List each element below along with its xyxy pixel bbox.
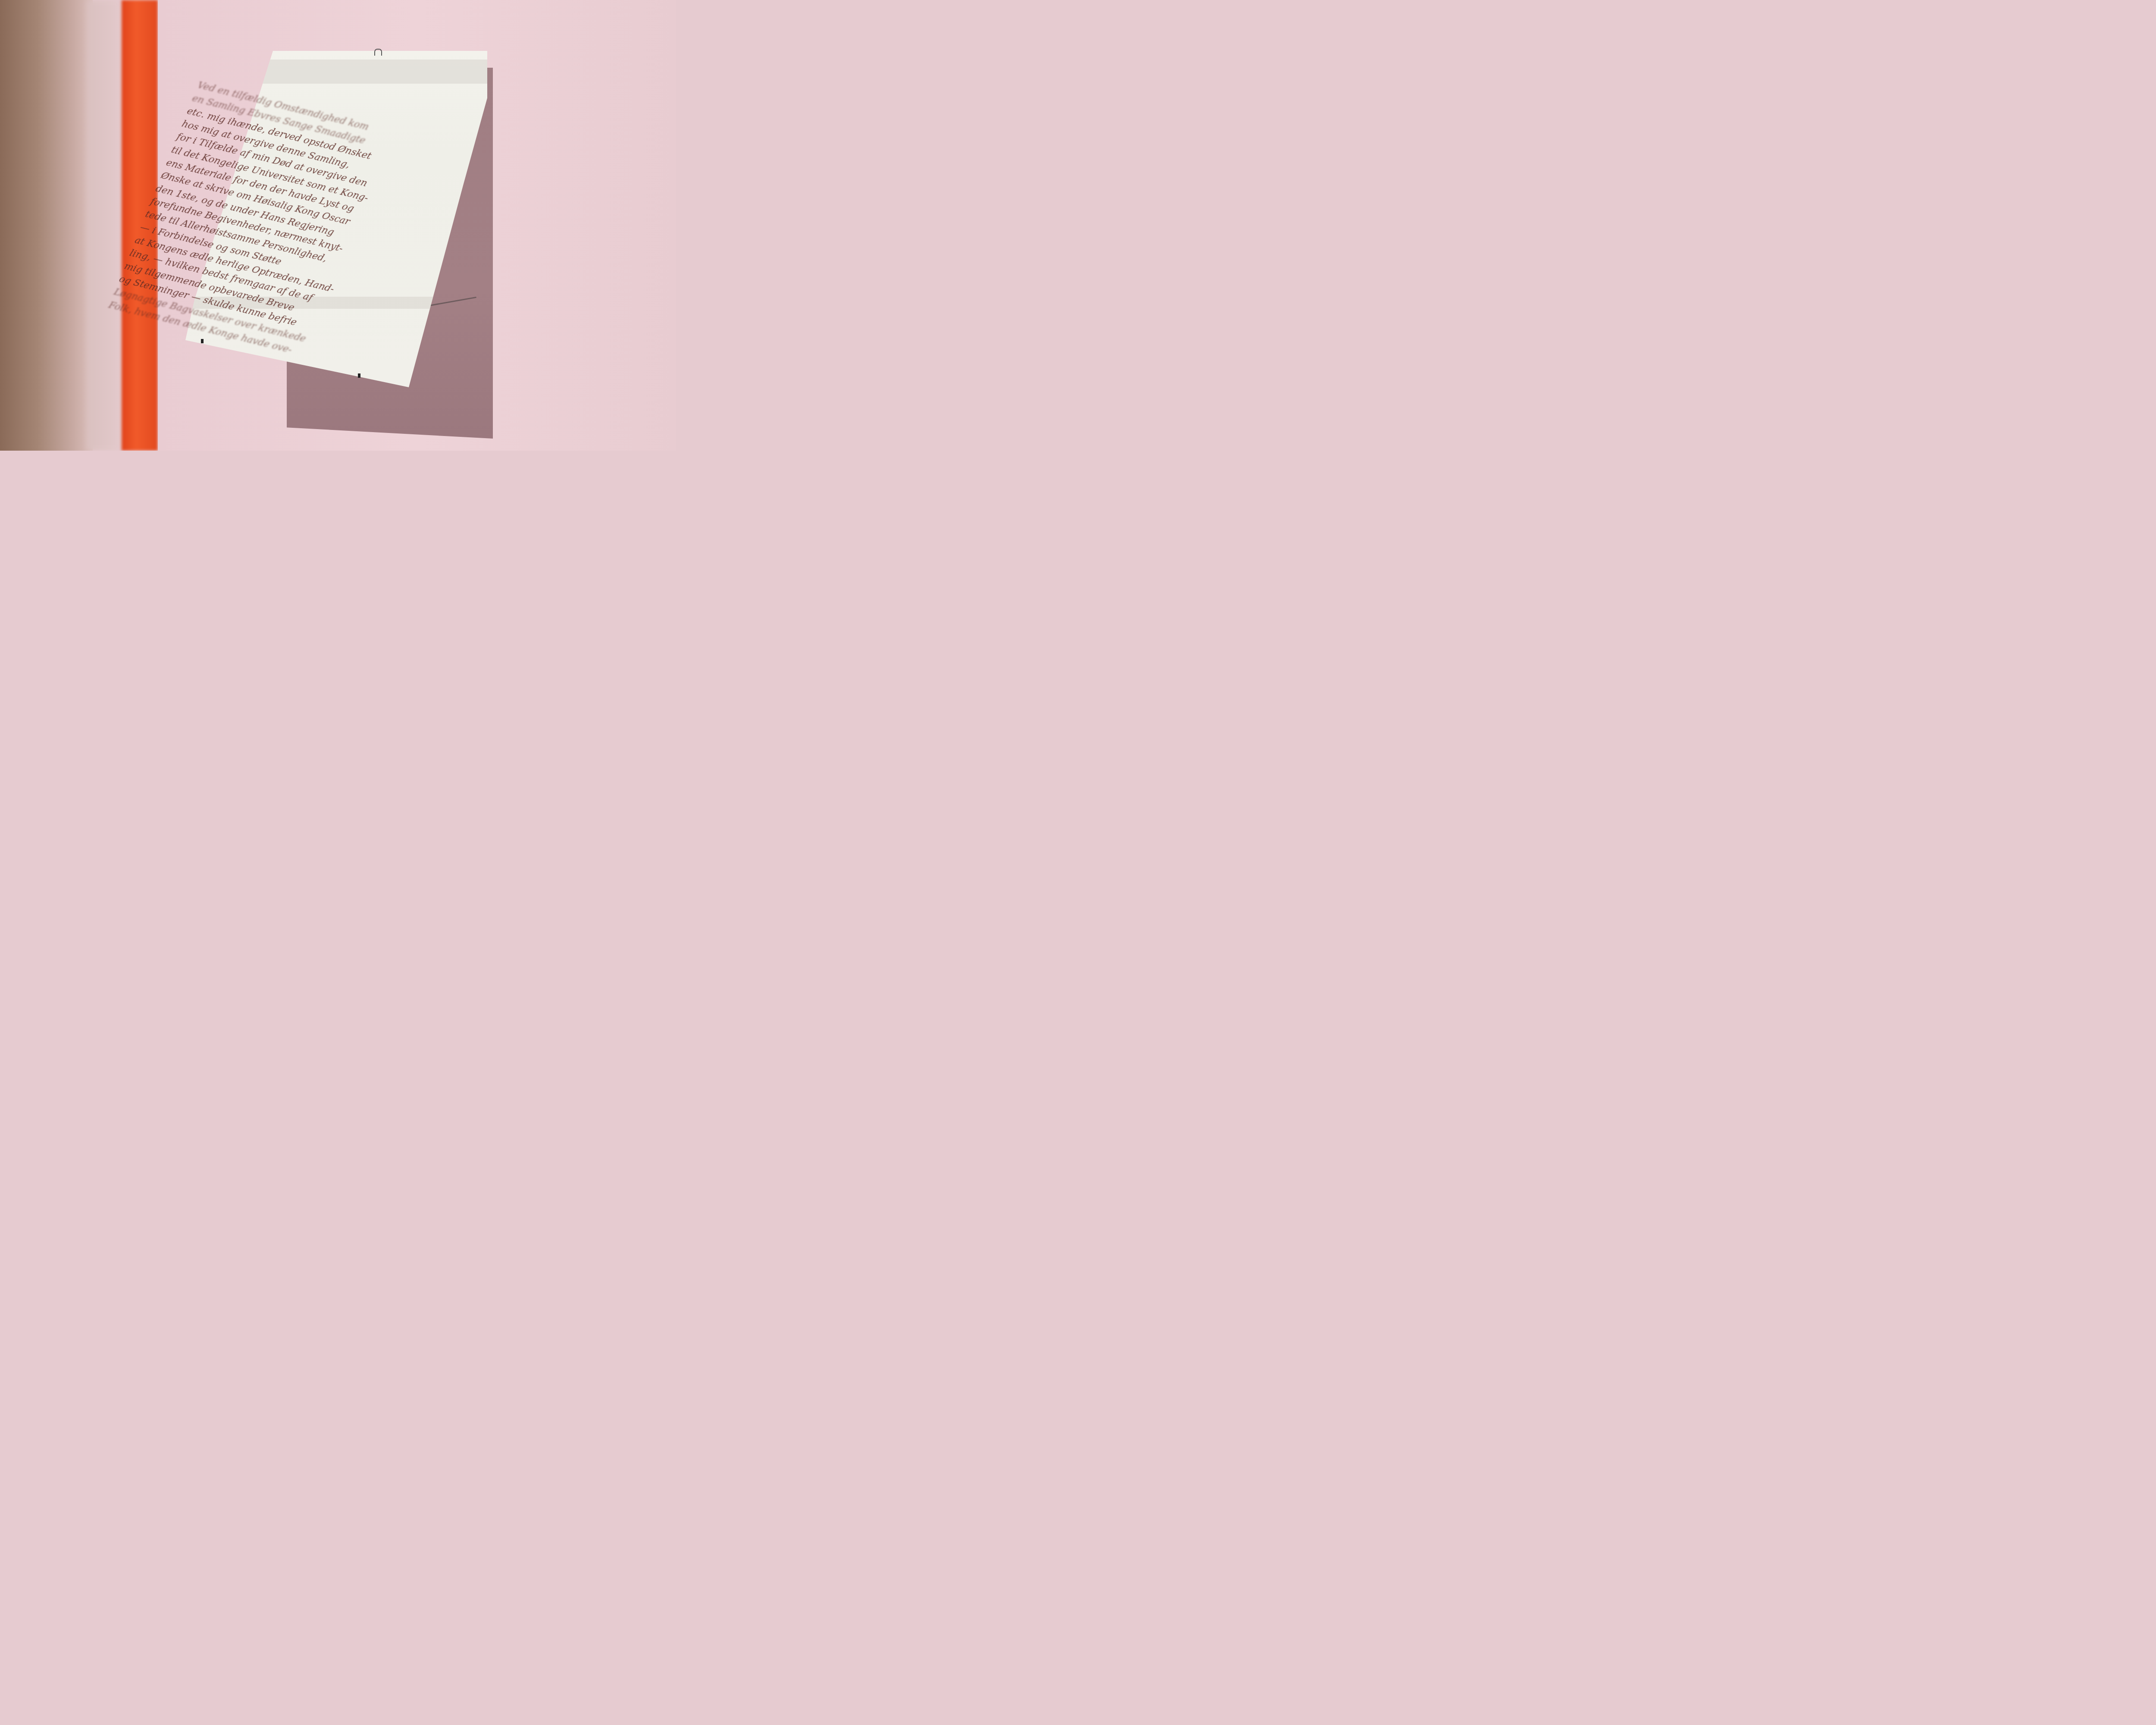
background-wall-left	[0, 0, 93, 451]
hanging-hook	[374, 49, 382, 56]
showcase-edge	[86, 0, 121, 451]
